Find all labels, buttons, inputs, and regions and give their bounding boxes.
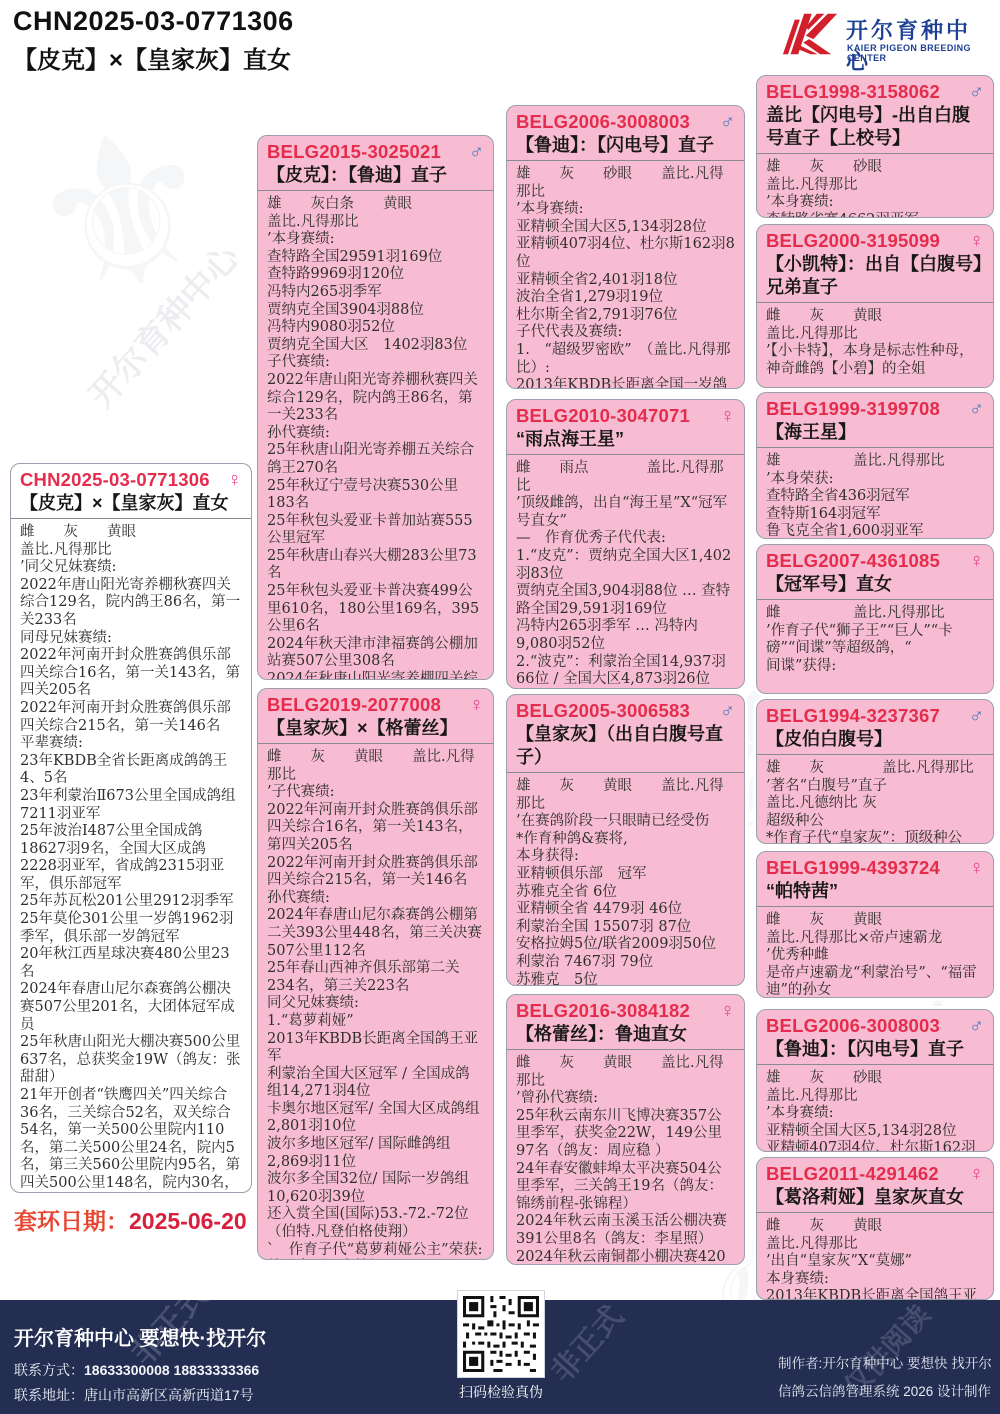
ring-number: BELG2000-3195099: [766, 230, 940, 251]
pigeon-details: 雌 雨点 盖比.凡得那比 ’顶级雌鸽，出自“海王星”X“冠军号直女” — 作育优…: [507, 455, 744, 689]
great-grandparent-box: ♂ BELG1998-3158062 盖比【闪电号】-出自白腹号直子【上校号】 …: [756, 75, 994, 218]
female-icon: ♀: [969, 857, 984, 879]
pigeon-details: 雌 灰 黄眼 盖比.凡得那比 ’【小卡特】，本身是标志性种母，神奇雌鸽【小碧】的…: [757, 303, 993, 383]
pigeon-name: 【皮克】：【鲁迪】直子: [267, 164, 484, 187]
great-grandparent-box: ♀ BELG1999-4393724 “帕特茜” 雌 灰 黄眼 盖比.凡得那比×…: [756, 851, 994, 998]
pigeon-name: 【小凯特】：出自【白腹号】兄弟直子: [766, 253, 984, 299]
brand-logo: 开尔育种中心 KAIER PIGEON BREEDING CENTER: [780, 10, 995, 58]
pigeon-details: 雌 盖比.凡得那比 ’作育子代“狮子王”“巨人”“卡磅”“间谍”等超级鸽，“ 间…: [757, 600, 993, 680]
pigeon-details: 雌 灰 黄眼 盖比.凡得那比 ’出自“皇家灰”X“莫娜” 本身赛绩: 2013年…: [757, 1213, 993, 1300]
male-icon: ♂: [720, 700, 735, 722]
male-icon: ♂: [969, 1015, 984, 1037]
text-watermark: 开尔育种中心: [76, 232, 249, 416]
qr-label: 扫码检验真伪: [450, 1382, 552, 1402]
pigeon-name: 【格蕾丝】：鲁迪直女: [516, 1023, 735, 1046]
maker-line1: 制作者:开尔育种中心 要想快 找开尔: [778, 1352, 992, 1372]
grandsire-box: ♂ BELG2006-3008003 【鲁迪】：【闪电号】直子 雄 灰 砂眼 盖…: [506, 105, 745, 389]
pigeon-name: “帕特茜”: [766, 880, 984, 903]
pigeon-name: 【冠军号】直女: [766, 573, 984, 596]
ring-number: BELG1998-3158062: [766, 81, 940, 102]
ring-number: BELG2006-3008003: [516, 111, 690, 132]
great-grandparent-box: ♀ BELG2000-3195099 【小凯特】：出自【白腹号】兄弟直子 雌 灰…: [756, 224, 994, 388]
contact-address-value: 唐山市高新区高新西道17号: [84, 1387, 254, 1403]
brand-name-en: KAIER PIGEON BREEDING CENTER: [847, 43, 995, 63]
ring-number: BELG2006-3008003: [766, 1015, 940, 1036]
pigeon-name: 【鲁迪】：【闪电号】直子: [766, 1038, 984, 1061]
footer-bar: 开尔育种中心 要想快·找开尔 联系方式：18633300008 18833333…: [0, 1300, 1000, 1414]
ring-number: BELG2016-3084182: [516, 1000, 690, 1021]
ring-number: BELG1994-3237367: [766, 705, 940, 726]
ring-date-value: 2025-06-20: [129, 1208, 247, 1234]
pigeon-name: 【海王星】: [766, 421, 984, 444]
pigeon-details: 雌 灰 黄眼 盖比.凡得那比 ’曾孙代赛绩: 25年秋云南东川飞博决赛357公里…: [507, 1050, 744, 1265]
ring-number: BELG2011-4291462: [766, 1163, 939, 1184]
pigeon-name: 【皮克】×【皇家灰】直女: [20, 492, 242, 515]
page-title: 【皮克】×【皇家灰】直女: [13, 40, 291, 75]
grandsire-box: ♂ BELG2005-3006583 【皇家灰】（出自白腹号直子） 雄 灰 黄眼…: [506, 694, 745, 986]
ring-date: 套环日期：2025-06-20: [14, 1203, 247, 1236]
pigeon-name: 【皇家灰】×【格蕾丝】: [267, 717, 484, 740]
pigeon-details: 雌 灰 黄眼 盖比.凡得那比 ’子代赛绩: 2022年河南开封众胜赛鸽俱乐部四关…: [258, 744, 493, 1260]
female-icon: ♀: [969, 1163, 984, 1185]
granddam-box: ♀ BELG2010-3047071 “雨点海王星” 雌 雨点 盖比.凡得那比 …: [506, 399, 745, 689]
granddam-box: ♀ BELG2016-3084182 【格蕾丝】：鲁迪直女 雌 灰 黄眼 盖比.…: [506, 994, 745, 1265]
female-icon: ♀: [720, 405, 735, 427]
pigeon-name: 【葛洛莉娅】皇家灰直女: [766, 1186, 984, 1209]
fleur-watermark: ⚜: [3, 71, 245, 354]
pedigree-certificate: ⚜ ⚜ ⚜ ⚜ ⚜ ⚜ 开尔育种中心 仅供阅读 非正式 非正式 仅供阅读 KAI…: [0, 0, 1000, 1414]
pigeon-details: 雄 灰 砂眼 盖比.凡得那比 ’本身赛绩: 亚精顿全国大区5,134羽28位 亚…: [757, 1065, 993, 1152]
male-icon: ♂: [969, 705, 984, 727]
contact-phone-label: 联系方式：: [14, 1362, 84, 1378]
contact-phone: 联系方式：18633300008 18833333366: [14, 1360, 259, 1380]
pigeon-name: 【皇家灰】（出自白腹号直子）: [516, 723, 735, 769]
sire-box: ♂ BELG2015-3025021 【皮克】：【鲁迪】直子 雄 灰白条 黄眼 …: [257, 135, 494, 680]
pigeon-details: 雌 灰 黄眼 盖比.凡得那比×帝卢速霸龙 ’优秀种雌 是帝卢速霸龙“利蒙治号”、…: [757, 907, 993, 998]
ring-number: BELG2019-2077008: [267, 694, 441, 715]
female-icon: ♀: [969, 550, 984, 572]
female-icon: ♀: [227, 469, 242, 491]
ring-number: BELG1999-3199708: [766, 398, 940, 419]
pigeon-details: 雄 灰 盖比.凡得那比 ’著名“白腹号”直子 盖比.凡德纳比 灰 超级种公 *作…: [757, 755, 993, 844]
male-icon: ♂: [969, 398, 984, 420]
maker-line2: 信鸽云信鸽管理系统 2026 设计制作: [778, 1380, 991, 1400]
pigeon-details: 雄 盖比.凡得那比 ’本身荣获: 查特路全省436羽冠军 查特斯164羽冠军 鲁…: [757, 448, 993, 539]
pigeon-name: 【皮伯白腹号】: [766, 728, 984, 751]
ring-date-label: 套环日期：: [14, 1208, 129, 1234]
page-ring-number: CHN2025-03-0771306: [13, 6, 294, 37]
pigeon-details: 雄 灰 黄眼 盖比.凡得那比 ’在赛鸽阶段一只眼睛已经受伤 *作育种鸽&赛将, …: [507, 773, 744, 986]
great-grandparent-box: ♀ BELG2011-4291462 【葛洛莉娅】皇家灰直女 雌 灰 黄眼 盖比…: [756, 1157, 994, 1300]
ring-number: BELG2010-3047071: [516, 405, 690, 426]
pigeon-name: “雨点海王星”: [516, 428, 735, 451]
ring-number: CHN2025-03-0771306: [20, 469, 210, 490]
male-icon: ♂: [469, 141, 484, 163]
contact-address-label: 联系地址：: [14, 1387, 84, 1403]
ring-number: BELG2005-3006583: [516, 700, 690, 721]
male-icon: ♂: [720, 111, 735, 133]
pigeon-name: 盖比【闪电号】-出自白腹号直子【上校号】: [766, 104, 984, 150]
qr-code: [457, 1290, 545, 1378]
ring-number: BELG1999-4393724: [766, 857, 940, 878]
pigeon-details: 雌 灰 黄眼 盖比.凡得那比 ’同父兄妹赛绩: 2022年唐山阳光寄养棚秋赛四关…: [11, 519, 251, 1193]
female-icon: ♀: [969, 230, 984, 252]
pigeon-details: 雄 灰 砂眼 盖比.凡得那比 ’本身赛绩: 亚精顿全国大区5,134羽28位 亚…: [507, 161, 744, 389]
ring-number: BELG2007-4361085: [766, 550, 940, 571]
great-grandparent-box: ♂ BELG2006-3008003 【鲁迪】：【闪电号】直子 雄 灰 砂眼 盖…: [756, 1009, 994, 1152]
great-grandparent-box: ♀ BELG2007-4361085 【冠军号】直女 雌 盖比.凡得那比 ’作育…: [756, 544, 994, 694]
dam-box: ♀ BELG2019-2077008 【皇家灰】×【格蕾丝】 雌 灰 黄眼 盖比…: [257, 688, 494, 1260]
pigeon-details: 雄 灰 砂眼 盖比.凡得那比 ’本身赛绩: 查特路省赛4662羽亚军: [757, 154, 993, 218]
pigeon-details: 雄 灰白条 黄眼 盖比.凡得那比 ’本身赛绩: 查特路全国29591羽169位 …: [258, 191, 493, 680]
subject-pigeon-box: ♀ CHN2025-03-0771306 【皮克】×【皇家灰】直女 雌 灰 黄眼…: [10, 463, 252, 1193]
female-icon: ♀: [469, 694, 484, 716]
great-grandparent-box: ♂ BELG1999-3199708 【海王星】 雄 盖比.凡得那比 ’本身荣获…: [756, 392, 994, 539]
footer-brand: 开尔育种中心 要想快·找开尔: [14, 1322, 266, 1351]
contact-address: 联系地址：唐山市高新区高新西道17号: [14, 1385, 254, 1405]
ring-number: BELG2015-3025021: [267, 141, 441, 162]
kaier-k-logo-icon: [780, 12, 840, 56]
pigeon-name: 【鲁迪】：【闪电号】直子: [516, 134, 735, 157]
male-icon: ♂: [969, 81, 984, 103]
contact-phone-value: 18633300008 18833333366: [84, 1362, 259, 1378]
great-grandparent-box: ♂ BELG1994-3237367 【皮伯白腹号】 雄 灰 盖比.凡得那比 ’…: [756, 699, 994, 844]
female-icon: ♀: [720, 1000, 735, 1022]
